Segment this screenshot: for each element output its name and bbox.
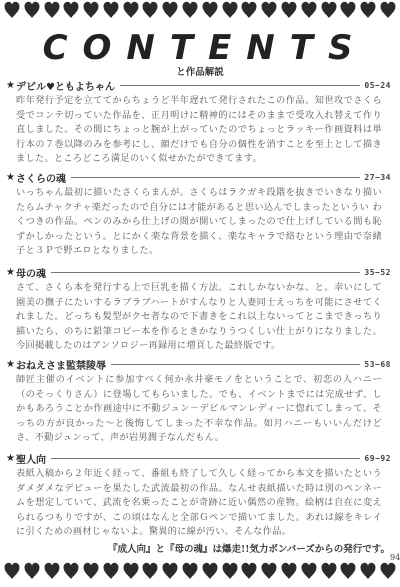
heart-icon [44, 1, 60, 19]
heart-icon [162, 562, 178, 580]
heart-icon [142, 562, 158, 580]
heart-icon [63, 1, 79, 19]
heart-icon [301, 562, 317, 580]
heart-icon [222, 562, 238, 580]
heart-icon [202, 1, 218, 19]
heart-icon [301, 1, 317, 19]
heart-icon [321, 1, 337, 19]
heart-icon [182, 562, 198, 580]
heart-icon [123, 562, 139, 580]
toc-entry-description: 師匠主催のイベントに参加すべく何か永井豪モノをということで、初恋の人ハニー（のそ… [16, 373, 382, 446]
heart-icon [360, 1, 376, 19]
heart-icon [4, 562, 20, 580]
page-number: 94 [390, 553, 400, 562]
heart-icon [83, 1, 99, 19]
publisher-note: 『成人向』と『母の魂』は爆走!!気力ボンバーズからの発行です。 [60, 541, 390, 555]
toc-entry-title: おねえさま監禁陵辱 [16, 357, 106, 372]
toc-entry-sakura-tamashii: ★ さくらの魂 27−34 いっちゃん最初に描いたさくらまんが。さくらはラクガキ… [6, 170, 391, 259]
leader-line [71, 177, 360, 178]
star-icon: ★ [6, 80, 15, 91]
heart-icon [360, 562, 376, 580]
heart-icon [123, 1, 139, 19]
page-title: CONTENTS [0, 28, 400, 68]
heart-icon [24, 562, 40, 580]
toc-entry-description: いっちゃん最初に描いたさくらまんが。さくらはラクガキ段階を抜きでいきなり描いたら… [16, 186, 382, 259]
heart-icon [261, 1, 277, 19]
heart-border-bottom [0, 562, 400, 584]
leader-line [111, 364, 360, 365]
toc-entry-title: デビル♥ともよちゃん [16, 78, 115, 93]
toc-entry-title: さくらの魂 [16, 170, 66, 185]
page-range: 53−68 [364, 360, 391, 369]
toc-entry-title: 聖人向 [16, 451, 46, 466]
heart-icon [340, 562, 356, 580]
heart-icon [182, 1, 198, 19]
toc-entry-title: 母の魂 [16, 265, 46, 280]
heart-border-top [0, 1, 400, 23]
heart-icon [4, 1, 20, 19]
heart-icon [281, 1, 297, 19]
star-icon: ★ [6, 172, 15, 183]
toc-entry-seijin-muke: ★ 聖人向 69−92 表紙入稿から２年近く経って、番組も終了して久しく経ってか… [6, 451, 391, 540]
heart-icon [241, 562, 257, 580]
star-icon: ★ [6, 359, 15, 370]
heart-icon [103, 1, 119, 19]
heart-icon [44, 562, 60, 580]
leader-line [120, 85, 360, 86]
toc-entry-description: 表紙入稿から２年近く経って、番組も終了して久しく経ってから本文を描いたというダメ… [16, 467, 382, 540]
page-range: 35−52 [364, 268, 391, 277]
star-icon: ★ [6, 267, 15, 278]
heart-icon [340, 1, 356, 19]
page-range: 69−92 [364, 454, 391, 463]
heart-icon [241, 1, 257, 19]
toc-entry-devil-tomoyo: ★ デビル♥ともよちゃん 05−24 昨年発行予定を立ててからちょうど半年遅れて… [6, 78, 391, 167]
toc-entry-description: さて、さくら本を発行する上で巨乳を描く方法。これしかないかな、と。幸いにして園美… [16, 281, 382, 354]
leader-line [51, 272, 360, 273]
heart-icon [222, 1, 238, 19]
heart-icon [63, 562, 79, 580]
heart-icon [261, 562, 277, 580]
heart-icon [321, 562, 337, 580]
heart-icon [281, 562, 297, 580]
heart-icon [24, 1, 40, 19]
star-icon: ★ [6, 453, 15, 464]
toc-entry-oneesama: ★ おねえさま監禁陵辱 53−68 師匠主催のイベントに参加すべく何か永井豪モノ… [6, 357, 391, 446]
heart-icon [103, 562, 119, 580]
toc-entry-header: ★ デビル♥ともよちゃん 05−24 [6, 78, 391, 92]
heart-icon [380, 1, 396, 19]
page-range: 05−24 [364, 81, 391, 90]
page-subtitle: と作品解説 [0, 64, 400, 78]
toc-entry-header: ★ さくらの魂 27−34 [6, 170, 391, 184]
toc-entry-haha-no-tamashii: ★ 母の魂 35−52 さて、さくら本を発行する上で巨乳を描く方法。これしかない… [6, 265, 391, 354]
heart-icon [380, 562, 396, 580]
heart-icon [202, 562, 218, 580]
heart-icon [142, 1, 158, 19]
toc-entry-header: ★ 聖人向 69−92 [6, 451, 391, 465]
leader-line [51, 458, 360, 459]
heart-icon [162, 1, 178, 19]
page-range: 27−34 [364, 173, 391, 182]
toc-entry-description: 昨年発行予定を立ててからちょうど半年遅れて発行されたこの作品。知世攻でさくら受で… [16, 94, 382, 167]
toc-entry-header: ★ 母の魂 35−52 [6, 265, 391, 279]
toc-entry-header: ★ おねえさま監禁陵辱 53−68 [6, 357, 391, 371]
heart-icon [83, 562, 99, 580]
